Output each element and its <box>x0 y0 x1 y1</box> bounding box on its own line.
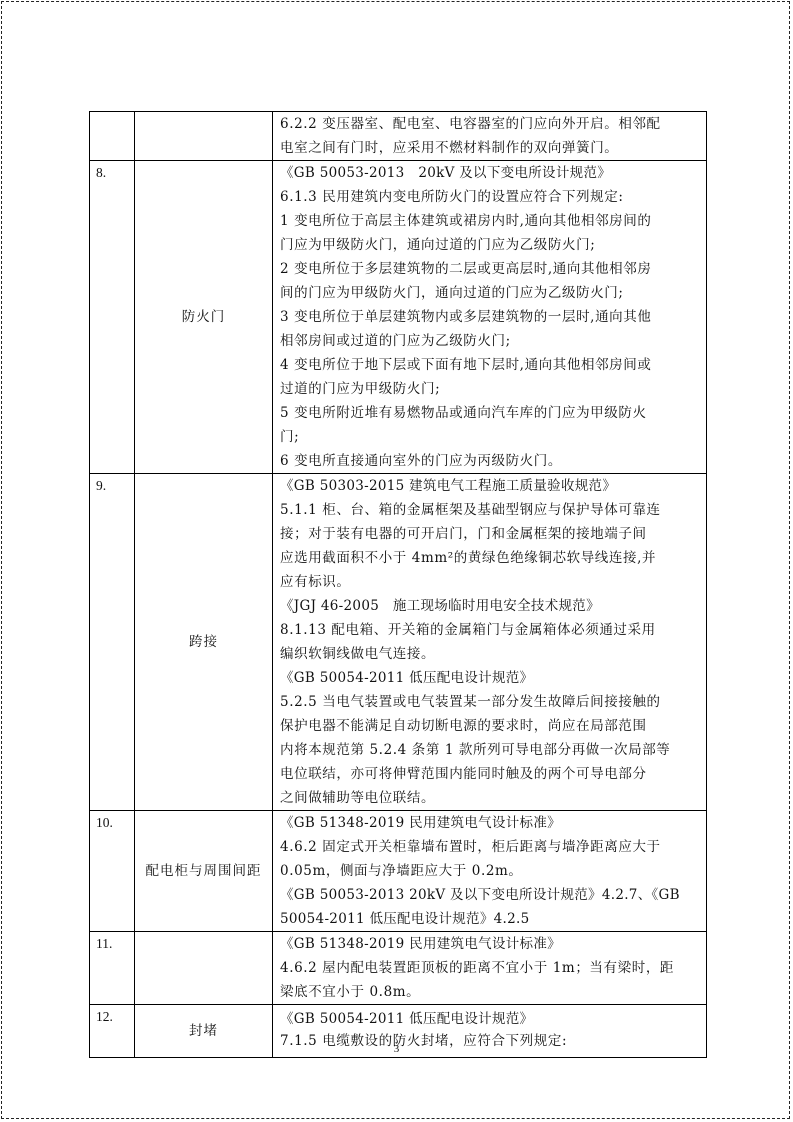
standard-title: 《GB 50053-2013 20kV 及以下变电所设计规范》4.2.7、《GB <box>280 883 702 907</box>
content-line: 电位联结，亦可将伸臂范围内能同时触及的两个可导电部分 <box>280 762 702 786</box>
row-content: 《GB 51348-2019 民用建筑电气设计标准》 4.6.2 固定式开关柜靠… <box>273 811 707 932</box>
content-line: 门; <box>280 425 702 449</box>
row-number: 10. <box>90 811 135 932</box>
row-content: 《GB 50303-2015 建筑电气工程施工质量验收规范》 5.1.1 柜、台… <box>273 474 707 811</box>
row-label <box>135 932 273 1005</box>
table-row: 8. 防火门 《GB 50053-2013 20kV 及以下变电所设计规范》 6… <box>90 161 707 474</box>
row-label: 配电柜与周围间距 <box>135 811 273 932</box>
content-line: 应有标识。 <box>280 570 702 594</box>
content-line: 保护电器不能满足自动切断电源的要求时，尚应在局部范围 <box>280 714 702 738</box>
content-line: 0.05m，侧面与净墙距应大于 0.2m。 <box>280 859 702 883</box>
content-line: 之间做辅助等电位联结。 <box>280 786 702 810</box>
content-line: 门应为甲级防火门，通向过道的门应为乙级防火门; <box>280 233 702 257</box>
standard-title: 《GB 50054-2011 低压配电设计规范》 <box>280 1008 702 1030</box>
content-line: 4 变电所位于地下层或下面有地下层时,通向其他相邻房间或 <box>280 353 702 377</box>
content-line: 内将本规范第 5.2.4 条第 1 款所列可导电部分再做一次局部等 <box>280 738 702 762</box>
content-line: 2 变电所位于多层建筑物的二层或更高层时,通向其他相邻房 <box>280 257 702 281</box>
row-content: 6.2.2 变压器室、配电室、电容器室的门应向外开启。相邻配 电室之间有门时，应… <box>273 112 707 161</box>
content-line: 6 变电所直接通向室外的门应为丙级防火门。 <box>280 449 702 473</box>
spec-table: 6.2.2 变压器室、配电室、电容器室的门应向外开启。相邻配 电室之间有门时，应… <box>89 111 707 1058</box>
content-line: 5.2.5 当电气装置或电气装置某一部分发生故障后间接接触的 <box>280 690 702 714</box>
content-line: 应选用截面积不小于 4mm²的黄绿色绝缘铜芯软导线连接,并 <box>280 546 702 570</box>
content-line: 5 变电所附近堆有易燃物品或通向汽车库的门应为甲级防火 <box>280 401 702 425</box>
content-line: 3 变电所位于单层建筑物内或多层建筑物的一层时,通向其他 <box>280 305 702 329</box>
row-number <box>90 112 135 161</box>
content-line: 8.1.13 配电箱、开关箱的金属箱门与金属箱体必须通过采用 <box>280 618 702 642</box>
content-line: 1 变电所位于高层主体建筑或裙房内时,通向其他相邻房间的 <box>280 209 702 233</box>
table-row: 6.2.2 变压器室、配电室、电容器室的门应向外开启。相邻配 电室之间有门时，应… <box>90 112 707 161</box>
content-line: 4.6.2 固定式开关柜靠墙布置时，柜后距离与墙净距离应大于 <box>280 835 702 859</box>
standard-title: 《GB 50053-2013 20kV 及以下变电所设计规范》 <box>280 161 702 185</box>
content-line: 5.1.1 柜、台、箱的金属框架及基础型钢应与保护导体可靠连 <box>280 498 702 522</box>
row-label <box>135 112 273 161</box>
content-line: 4.6.2 屋内配电装置距顶板的距离不宜小于 1m；当有梁时，距 <box>280 956 702 980</box>
content-line: 过道的门应为甲级防火门; <box>280 377 702 401</box>
content-line: 相邻房间或过道的门应为乙级防火门; <box>280 329 702 353</box>
content-line: 6.2.2 变压器室、配电室、电容器室的门应向外开启。相邻配 <box>280 112 702 136</box>
content-line: 电室之间有门时，应采用不燃材料制作的双向弹簧门。 <box>280 136 702 160</box>
table-row: 9. 跨接 《GB 50303-2015 建筑电气工程施工质量验收规范》 5.1… <box>90 474 707 811</box>
standard-title: 《JGJ 46-2005 施工现场临时用电安全技术规范》 <box>280 594 702 618</box>
page-number: 3 <box>0 1043 793 1055</box>
row-number: 11. <box>90 932 135 1005</box>
standard-title: 《GB 50303-2015 建筑电气工程施工质量验收规范》 <box>280 474 702 498</box>
content-line: 50054-2011 低压配电设计规范》4.2.5 <box>280 907 702 931</box>
content-line: 梁底不宜小于 0.8m。 <box>280 980 702 1004</box>
table-row: 10. 配电柜与周围间距 《GB 51348-2019 民用建筑电气设计标准》 … <box>90 811 707 932</box>
content-line: 6.1.3 民用建筑内变电所防火门的设置应符合下列规定: <box>280 185 702 209</box>
row-content: 《GB 51348-2019 民用建筑电气设计标准》 4.6.2 屋内配电装置距… <box>273 932 707 1005</box>
standard-title: 《GB 51348-2019 民用建筑电气设计标准》 <box>280 932 702 956</box>
content-line: 接；对于装有电器的可开启门，门和金属框架的接地端子间 <box>280 522 702 546</box>
row-label: 跨接 <box>135 474 273 811</box>
row-content: 《GB 50053-2013 20kV 及以下变电所设计规范》 6.1.3 民用… <box>273 161 707 474</box>
standard-title: 《GB 50054-2011 低压配电设计规范》 <box>280 666 702 690</box>
content-line: 编织软铜线做电气连接。 <box>280 642 702 666</box>
row-label: 防火门 <box>135 161 273 474</box>
standard-title: 《GB 51348-2019 民用建筑电气设计标准》 <box>280 811 702 835</box>
row-number: 8. <box>90 161 135 474</box>
table-row: 11. 《GB 51348-2019 民用建筑电气设计标准》 4.6.2 屋内配… <box>90 932 707 1005</box>
content-line: 间的门应为甲级防火门，通向过道的门应为乙级防火门; <box>280 281 702 305</box>
row-number: 9. <box>90 474 135 811</box>
